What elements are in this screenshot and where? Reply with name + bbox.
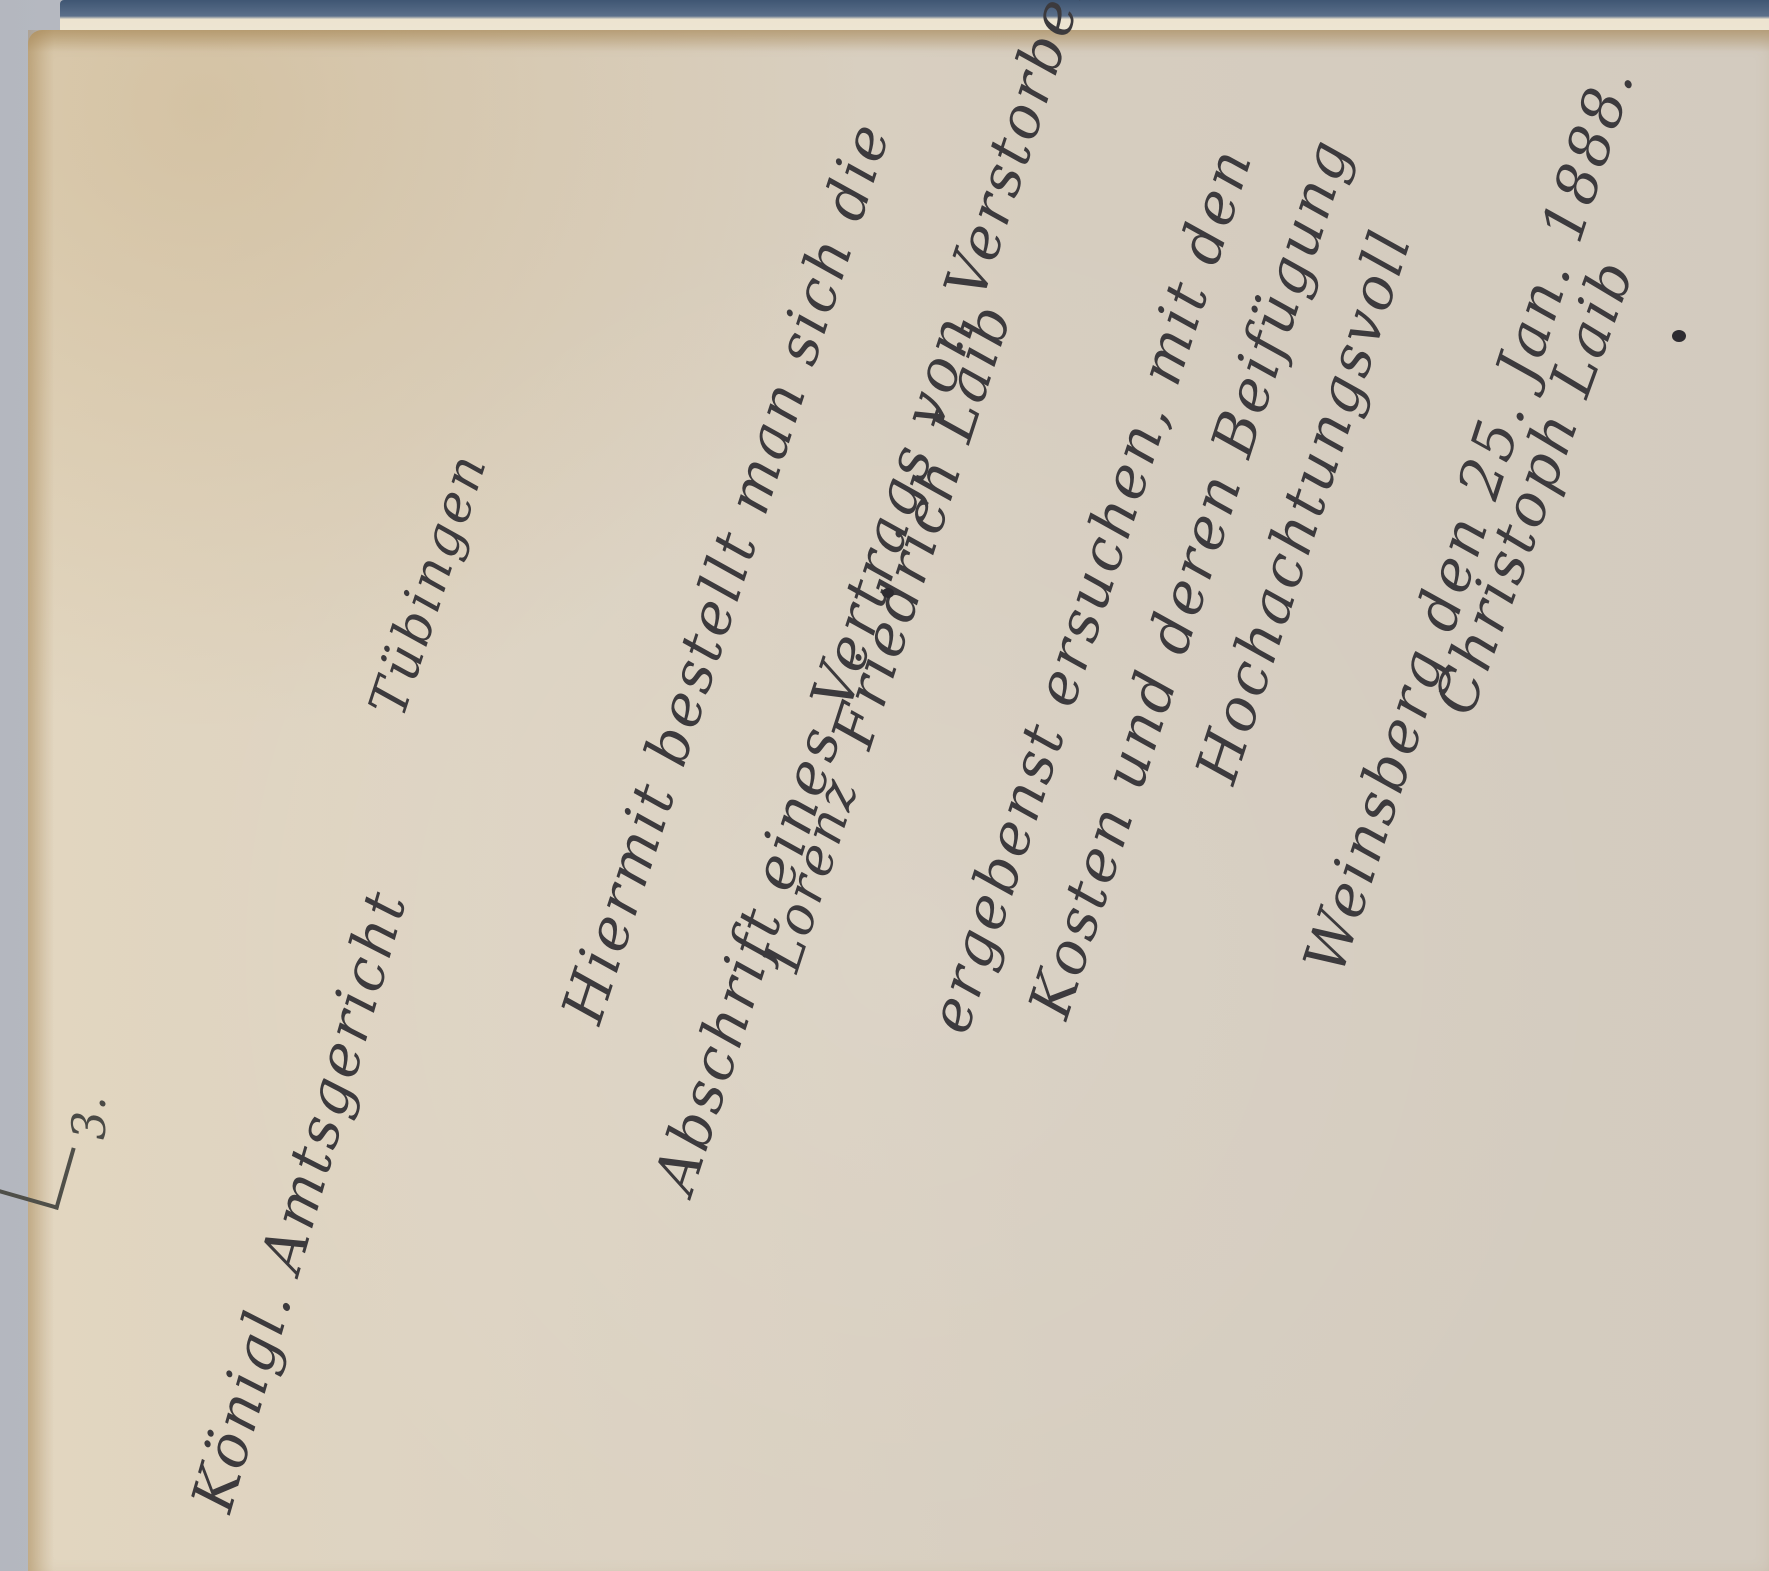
- blue-under-sheet: [60, 0, 1769, 32]
- document-number: 3.: [62, 1096, 116, 1140]
- ink-blot: [882, 588, 894, 598]
- paper-stain-top: [28, 30, 1769, 52]
- ink-blot: [1672, 330, 1686, 342]
- paper-stain-left: [28, 30, 54, 1571]
